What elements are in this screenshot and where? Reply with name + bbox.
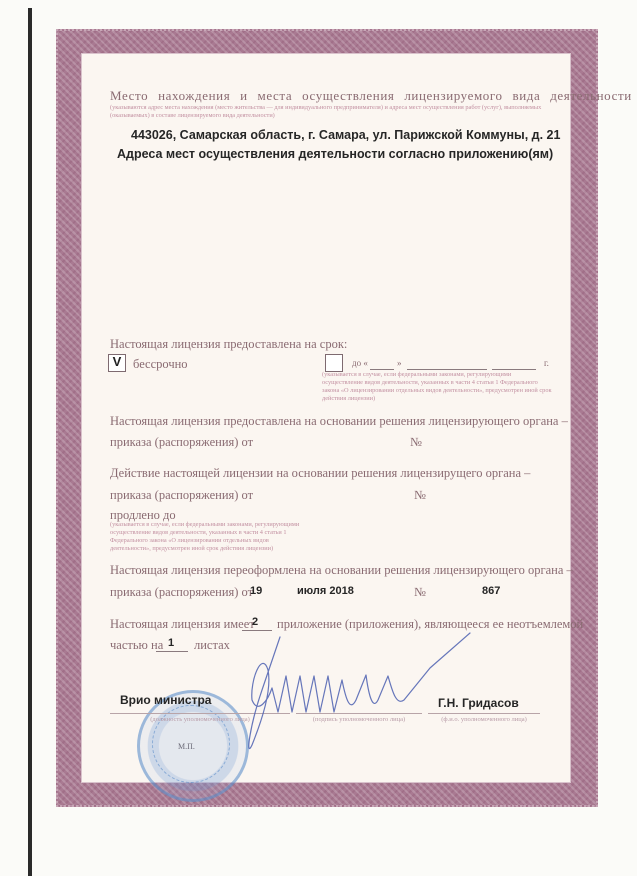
handwritten-signature (0, 0, 637, 876)
